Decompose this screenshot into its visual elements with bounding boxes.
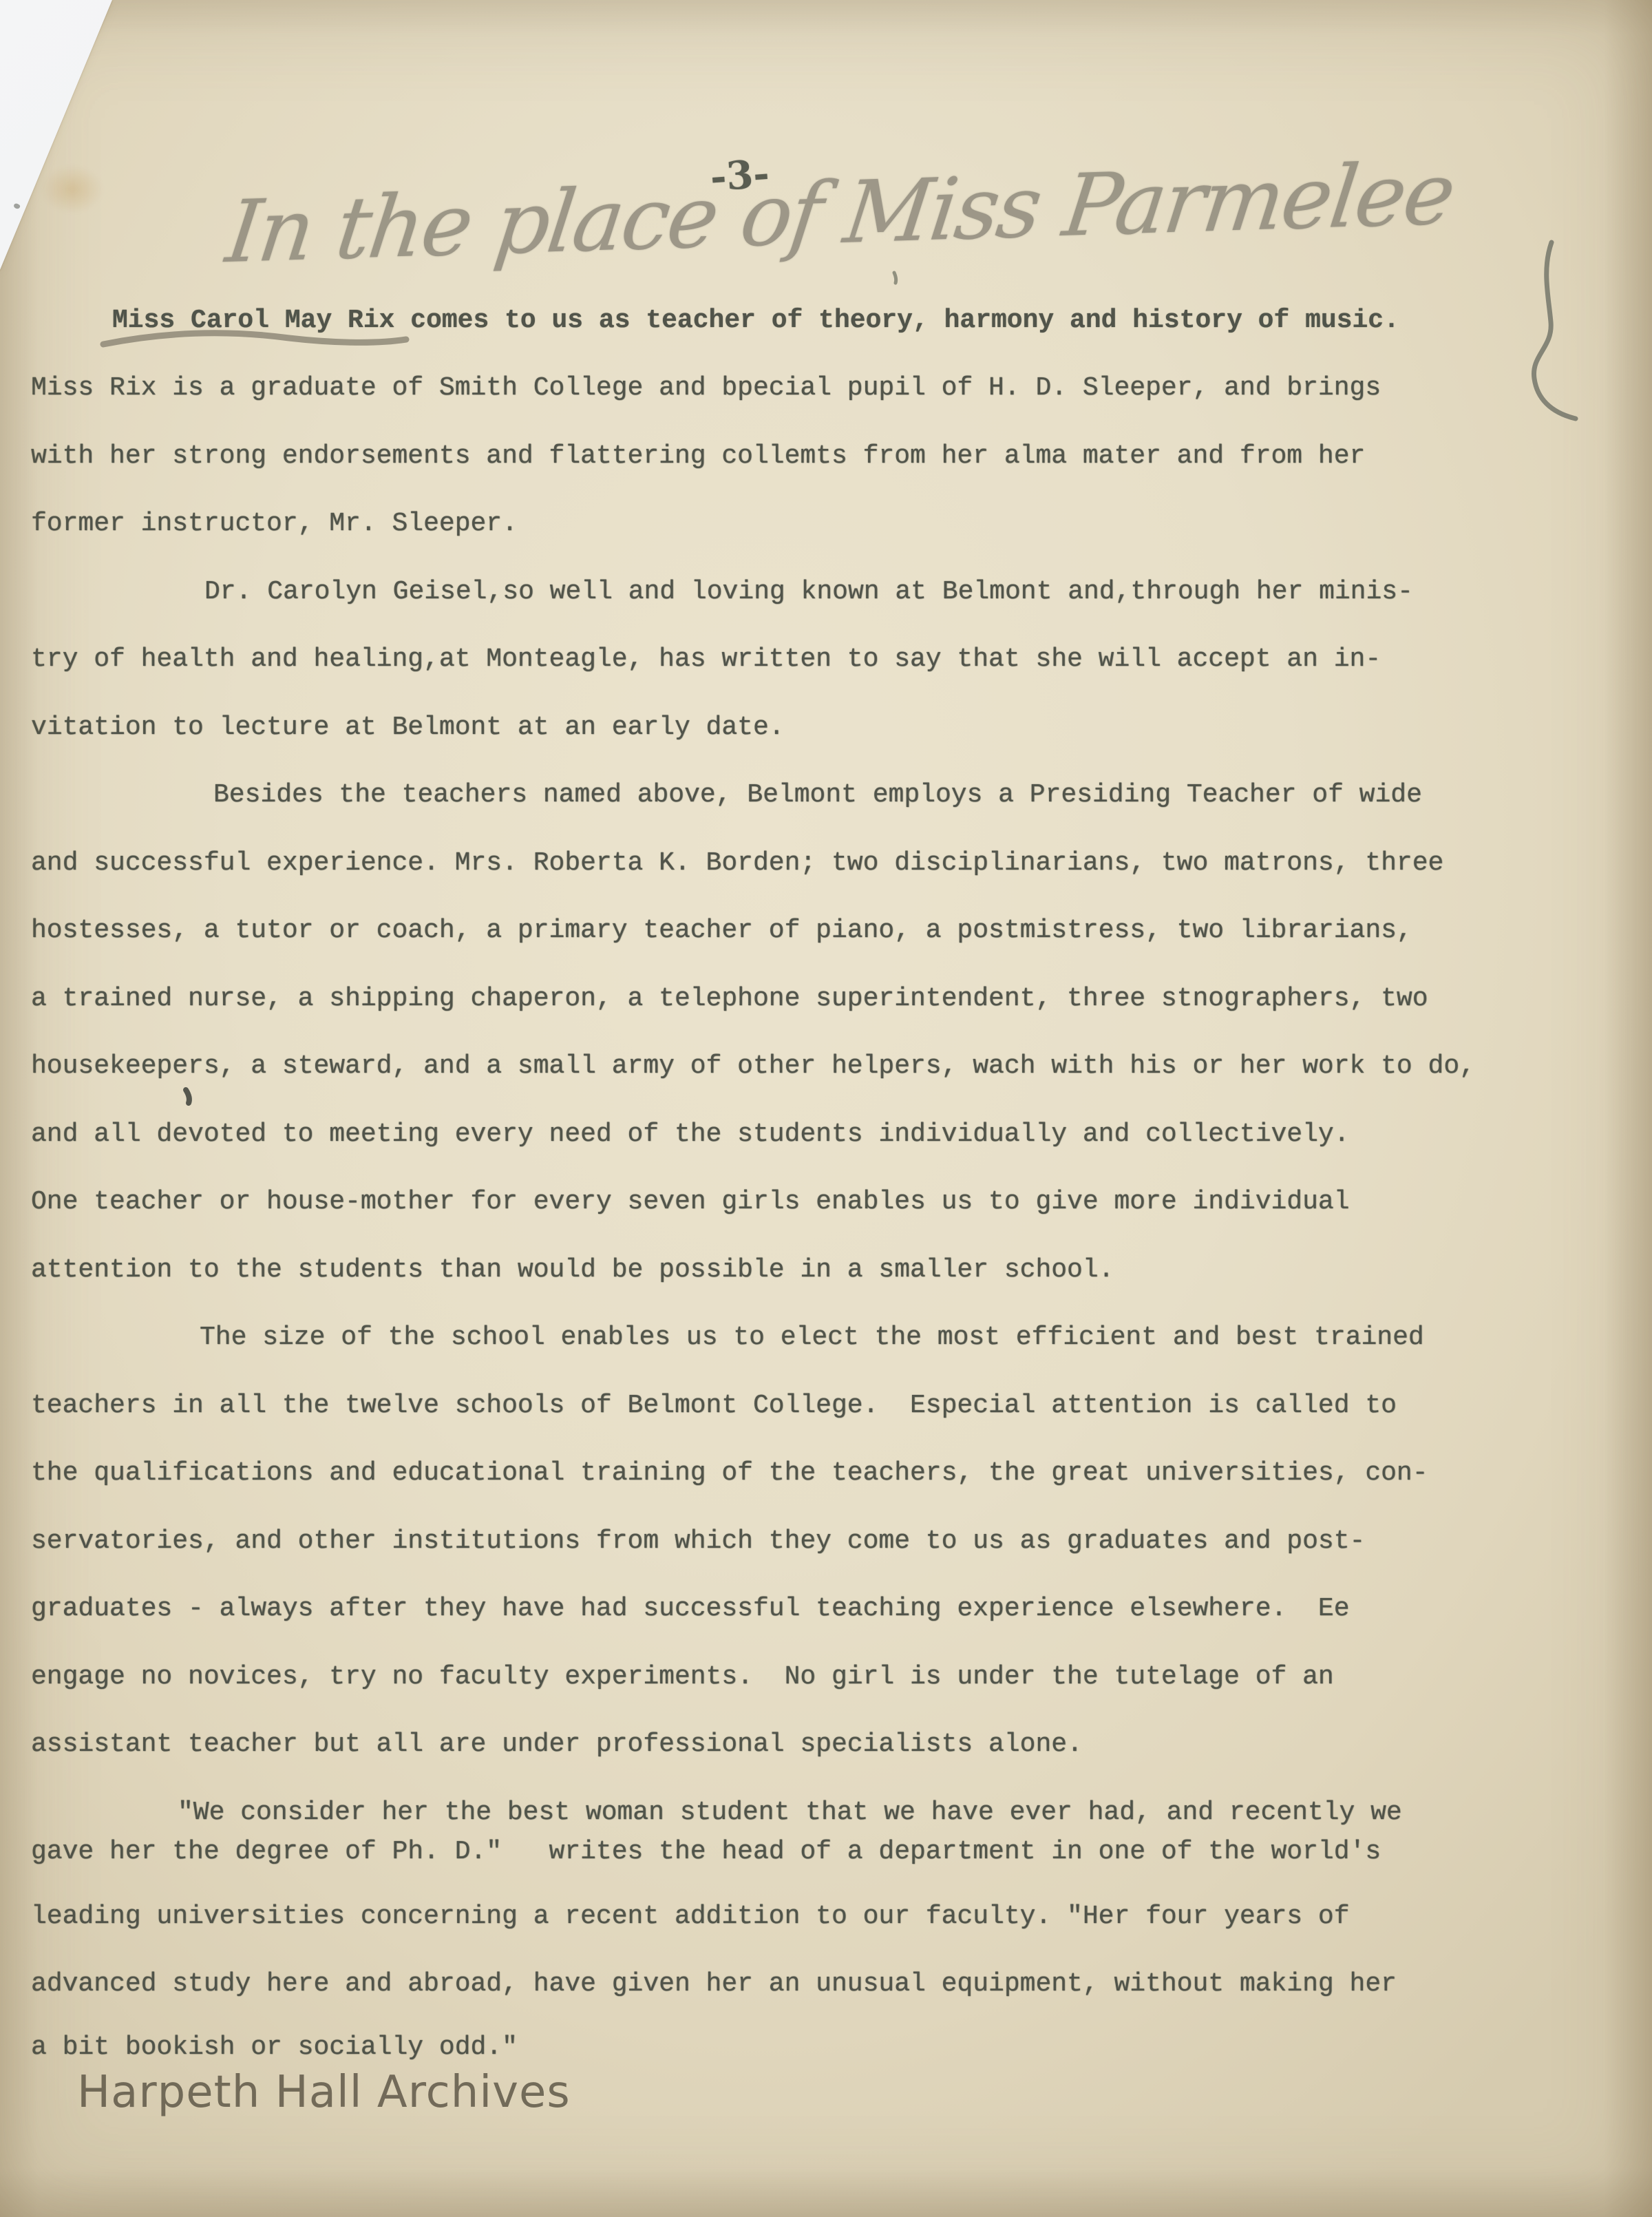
text-line: assistant teacher but all are under prof… bbox=[31, 1730, 1083, 1760]
text-line: advanced study here and abroad, have giv… bbox=[31, 1969, 1397, 1999]
document-page: Miss Carol May Rix comes to us as teache… bbox=[0, 0, 1652, 2217]
text-line: graduates - always after they have had s… bbox=[31, 1594, 1350, 1624]
text-line: Dr. Carolyn Geisel,so well and loving kn… bbox=[204, 577, 1413, 607]
text-line: a trained nurse, a shipping chaperon, a … bbox=[31, 984, 1428, 1014]
text-line: leading universities concerning a recent… bbox=[31, 1902, 1350, 1932]
text-line: engage no novices, try no faculty experi… bbox=[31, 1662, 1334, 1692]
page-number: -3- bbox=[709, 151, 771, 200]
text-line: attention to the students than would be … bbox=[31, 1255, 1114, 1285]
typewritten-text: Miss Carol May Rix comes to us as teache… bbox=[0, 0, 1652, 2217]
text-line: housekeepers, a steward, and a small arm… bbox=[31, 1051, 1475, 1082]
text-line: gave her the degree of Ph. D." writes th… bbox=[31, 1837, 1381, 1867]
text-line: and all devoted to meeting every need of… bbox=[31, 1120, 1350, 1150]
text-line: with her strong endorsements and flatter… bbox=[31, 441, 1365, 472]
text-line: The size of the school enables us to ele… bbox=[200, 1323, 1424, 1353]
text-line: try of health and healing,at Monteagle, … bbox=[31, 644, 1381, 675]
text-line: vitation to lecture at Belmont at an ear… bbox=[31, 713, 785, 743]
text-line: a bit bookish or socially odd." bbox=[31, 2032, 518, 2063]
text-line: "We consider her the best woman student … bbox=[178, 1798, 1402, 1828]
archive-watermark: Harpeth Hall Archives bbox=[77, 2067, 571, 2118]
text-line: and successful experience. Mrs. Roberta … bbox=[31, 848, 1443, 879]
text-line: Besides the teachers named above, Belmon… bbox=[213, 780, 1422, 810]
text-line: former instructor, Mr. Sleeper. bbox=[31, 509, 518, 539]
text-line: the qualifications and educational train… bbox=[31, 1458, 1428, 1489]
text-line: hostesses, a tutor or coach, a primary t… bbox=[31, 916, 1412, 946]
scanner-debris-speck bbox=[13, 202, 21, 209]
text-line: Miss Carol May Rix comes to us as teache… bbox=[112, 306, 1399, 336]
scanned-document: { "document": { "page_number": "-3-", "h… bbox=[0, 0, 1652, 2217]
text-line: One teacher or house-mother for every se… bbox=[31, 1187, 1350, 1217]
text-line: Miss Rix is a graduate of Smith College … bbox=[31, 373, 1381, 403]
text-line: teachers in all the twelve schools of Be… bbox=[31, 1391, 1397, 1421]
text-line: servatories, and other institutions from… bbox=[31, 1526, 1365, 1557]
